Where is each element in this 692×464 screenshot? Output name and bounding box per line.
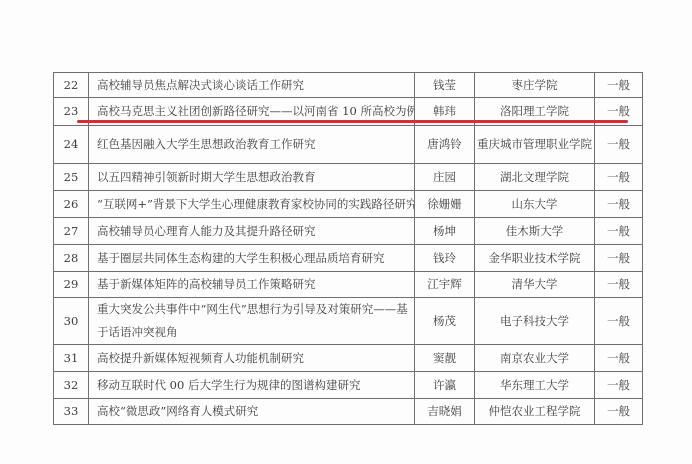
project-list-table: 22 高校辅导员焦点解决式谈心谈话工作研究 钱莹 枣庄学院 一般 23 高校马克…: [53, 72, 643, 425]
row-number: 30: [54, 298, 89, 345]
table-row: 33 高校“微思政”网络育人模式研究 吉晓娟 仲恺农业工程学院 一般: [54, 399, 643, 425]
row-number: 22: [54, 73, 89, 98]
project-title: 移动互联时代 00 后大学生行为规律的图谱构建研究: [89, 372, 415, 399]
applicant-name: 徐姗姗: [415, 191, 475, 218]
project-title: 基于新媒体矩阵的高校辅导员工作策略研究: [89, 272, 415, 298]
project-title: 高校“微思政”网络育人模式研究: [89, 399, 415, 425]
institution: 华东理工大学: [475, 372, 595, 399]
institution: 清华大学: [475, 272, 595, 298]
table-row: 31 高校提升新媒体短视频育人功能机制研究 窦靓 南京农业大学 一般: [54, 345, 643, 372]
project-title: 高校提升新媒体短视频育人功能机制研究: [89, 345, 415, 372]
applicant-name: 许瀛: [415, 372, 475, 399]
table-row: 22 高校辅导员焦点解决式谈心谈话工作研究 钱莹 枣庄学院 一般: [54, 73, 643, 98]
applicant-name: 唐鸿铃: [415, 126, 475, 164]
red-underline-annotation: [77, 120, 628, 123]
project-level: 一般: [595, 191, 643, 218]
table-row: 26 “互联网+”背景下大学生心理健康教育家校协同的实践路径研究 徐姗姗 山东大…: [54, 191, 643, 218]
institution: 金华职业技术学院: [475, 245, 595, 272]
table-row: 30 重大突发公共事件中“网生代”思想行为引导及对策研究——基于话语冲突视角 杨…: [54, 298, 643, 345]
row-number: 32: [54, 372, 89, 399]
project-level: 一般: [595, 298, 643, 345]
row-number: 25: [54, 164, 89, 191]
row-number: 27: [54, 218, 89, 245]
applicant-name: 窦靓: [415, 345, 475, 372]
project-title: 重大突发公共事件中“网生代”思想行为引导及对策研究——基于话语冲突视角: [89, 298, 415, 345]
table-row: 29 基于新媒体矩阵的高校辅导员工作策略研究 江宇辉 清华大学 一般: [54, 272, 643, 298]
table-row: 28 基于圈层共同体生态构建的大学生积极心理品质培育研究 钱玲 金华职业技术学院…: [54, 245, 643, 272]
applicant-name: 江宇辉: [415, 272, 475, 298]
applicant-name: 杨坤: [415, 218, 475, 245]
project-title: 高校辅导员焦点解决式谈心谈话工作研究: [89, 73, 415, 98]
project-level: 一般: [595, 73, 643, 98]
institution: 山东大学: [475, 191, 595, 218]
project-level: 一般: [595, 345, 643, 372]
row-number: 33: [54, 399, 89, 425]
institution: 南京农业大学: [475, 345, 595, 372]
institution: 佳木斯大学: [475, 218, 595, 245]
project-level: 一般: [595, 372, 643, 399]
project-level: 一般: [595, 245, 643, 272]
applicant-name: 钱莹: [415, 73, 475, 98]
institution: 湖北文理学院: [475, 164, 595, 191]
row-number: 28: [54, 245, 89, 272]
applicant-name: 吉晓娟: [415, 399, 475, 425]
project-level: 一般: [595, 399, 643, 425]
table-row: 27 高校辅导员心理育人能力及其提升路径研究 杨坤 佳木斯大学 一般: [54, 218, 643, 245]
project-title: 高校辅导员心理育人能力及其提升路径研究: [89, 218, 415, 245]
institution: 仲恺农业工程学院: [475, 399, 595, 425]
project-title: “互联网+”背景下大学生心理健康教育家校协同的实践路径研究: [89, 191, 415, 218]
project-title: 红色基因融入大学生思想政治教育工作研究: [89, 126, 415, 164]
row-number: 31: [54, 345, 89, 372]
project-level: 一般: [595, 272, 643, 298]
table-row: 24 红色基因融入大学生思想政治教育工作研究 唐鸿铃 重庆城市管理职业学院 一般: [54, 126, 643, 164]
institution: 重庆城市管理职业学院: [475, 126, 595, 164]
applicant-name: 钱玲: [415, 245, 475, 272]
table-row: 32 移动互联时代 00 后大学生行为规律的图谱构建研究 许瀛 华东理工大学 一…: [54, 372, 643, 399]
applicant-name: 杨茂: [415, 298, 475, 345]
institution: 枣庄学院: [475, 73, 595, 98]
project-title: 基于圈层共同体生态构建的大学生积极心理品质培育研究: [89, 245, 415, 272]
table-body: 22 高校辅导员焦点解决式谈心谈话工作研究 钱莹 枣庄学院 一般 23 高校马克…: [54, 73, 643, 425]
project-level: 一般: [595, 164, 643, 191]
project-level: 一般: [595, 126, 643, 164]
row-number: 26: [54, 191, 89, 218]
row-number: 24: [54, 126, 89, 164]
table-row: 25 以五四精神引领新时期大学生思想政治教育 庄园 湖北文理学院 一般: [54, 164, 643, 191]
applicant-name: 庄园: [415, 164, 475, 191]
project-title: 以五四精神引领新时期大学生思想政治教育: [89, 164, 415, 191]
row-number: 29: [54, 272, 89, 298]
institution: 电子科技大学: [475, 298, 595, 345]
project-level: 一般: [595, 218, 643, 245]
